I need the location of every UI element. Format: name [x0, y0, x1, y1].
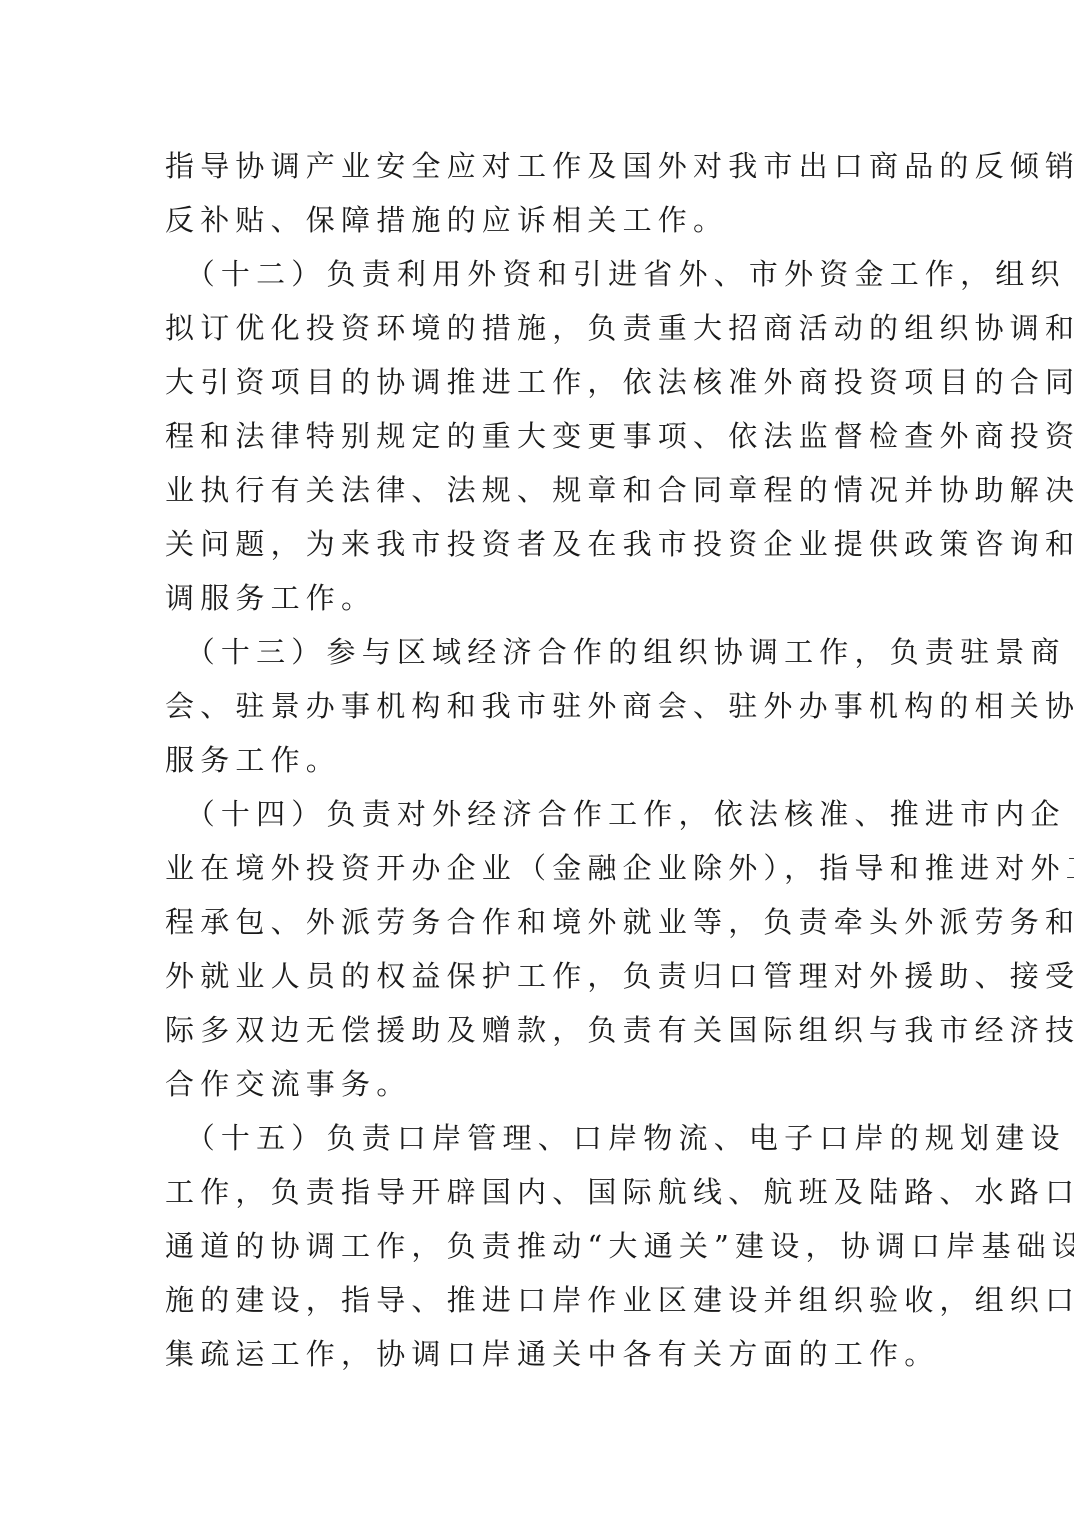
text-line: 程承包、外派劳务合作和境外就业等，负责牵头外派劳务和境	[165, 902, 925, 942]
text-line: 际多双边无偿援助及赠款，负责有关国际组织与我市经济技术	[165, 1010, 925, 1050]
text-line: 反补贴、保障措施的应诉相关工作。	[165, 200, 925, 240]
text-line: 合作交流事务。	[165, 1064, 925, 1104]
text-line: 会、驻景办事机构和我市驻外商会、驻外办事机构的相关协调	[165, 686, 925, 726]
text-line: 指导协调产业安全应对工作及国外对我市出口商品的反倾销、	[165, 146, 925, 186]
paragraph-13-start: （十三）参与区域经济合作的组织协调工作，负责驻景商	[165, 632, 925, 672]
text-line: 外就业人员的权益保护工作，负责归口管理对外援助、接受国	[165, 956, 925, 996]
paragraph-12-start: （十二）负责利用外资和引进省外、市外资金工作，组织	[165, 254, 925, 294]
text-line: 程和法律特别规定的重大变更事项、依法监督检查外商投资企	[165, 416, 925, 456]
text-line: 拟订优化投资环境的措施，负责重大招商活动的组织协调和重	[165, 308, 925, 348]
text-line: 服务工作。	[165, 740, 925, 780]
paragraph-14-start: （十四）负责对外经济合作工作，依法核准、推进市内企	[165, 794, 925, 834]
text-line: 关问题，为来我市投资者及在我市投资企业提供政策咨询和协	[165, 524, 925, 564]
text-line: 施的建设，指导、推进口岸作业区建设并组织验收，组织口岸	[165, 1280, 925, 1320]
text-line: 集疏运工作，协调口岸通关中各有关方面的工作。	[165, 1334, 925, 1374]
text-line: 业执行有关法律、法规、规章和合同章程的情况并协助解决有	[165, 470, 925, 510]
text-line: 业在境外投资开办企业（金融企业除外），指导和推进对外工	[165, 848, 925, 888]
text-line: 大引资项目的协调推进工作，依法核准外商投资项目的合同章	[165, 362, 925, 402]
text-line: 工作，负责指导开辟国内、国际航线、航班及陆路、水路口岸	[165, 1172, 925, 1212]
document-page: 指导协调产业安全应对工作及国外对我市出口商品的反倾销、 反补贴、保障措施的应诉相…	[0, 0, 1074, 1520]
text-line: 调服务工作。	[165, 578, 925, 618]
text-line: 通道的协调工作，负责推动“大通关”建设，协调口岸基础设	[165, 1226, 925, 1266]
paragraph-15-start: （十五）负责口岸管理、口岸物流、电子口岸的规划建设	[165, 1118, 925, 1158]
